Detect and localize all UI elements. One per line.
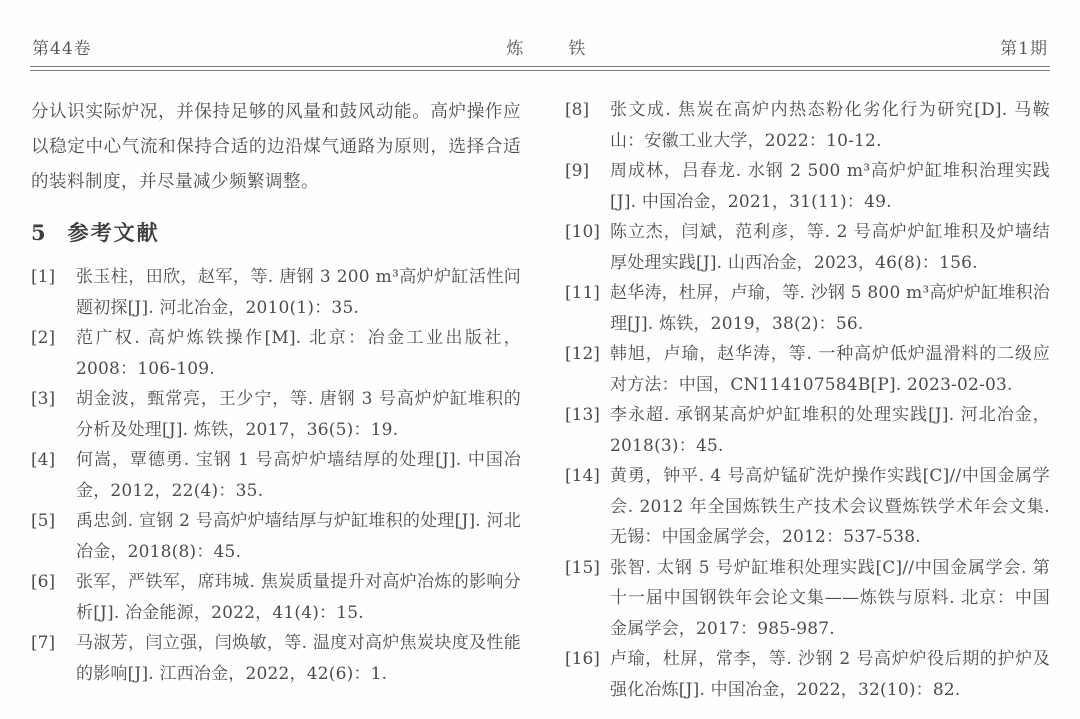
reference-item: [11] 赵华涛，杜屏，卢瑜，等. 沙钢 5 800 m³高炉炉缸堆积治理[J]… (565, 278, 1050, 339)
reference-item: [15] 张智. 太钢 5 号炉缸堆积处理实践[C]//中国金属学会. 第十一届… (565, 553, 1050, 645)
reference-item: [6] 张军，严铁军，席玮城. 焦炭质量提升对高炉冶炼的影响分析[J]. 冶金能… (31, 567, 521, 628)
reference-item: [4] 何嵩，覃德勇. 宝钢 1 号高炉炉墙结厚的处理[J]. 中国冶金，201… (31, 445, 521, 506)
reference-number: [10] (565, 217, 610, 278)
reference-number: [4] (31, 445, 76, 506)
reference-number: [14] (565, 461, 610, 553)
reference-item: [1] 张玉柱，田欣，赵军，等. 唐钢 3 200 m³高炉炉缸活性问题初探[J… (31, 262, 521, 323)
reference-text: 范广权. 高炉炼铁操作[M]. 北京：冶金工业出版社，2008：106-109. (76, 323, 521, 384)
reference-text: 张军，严铁军，席玮城. 焦炭质量提升对高炉冶炼的影响分析[J]. 冶金能源，20… (76, 567, 521, 628)
journal-title: 炼 铁 (492, 34, 599, 59)
reference-text: 卢瑜，杜屏，常李，等. 沙钢 2 号高炉炉役后期的护炉及强化冶炼[J]. 中国冶… (610, 644, 1050, 705)
reference-text: 陈立杰，闫斌，范利彦，等. 2 号高炉炉缸堆积及炉墙结厚处理实践[J]. 山西冶… (610, 217, 1050, 278)
reference-item: [13] 李永超. 承钢某高炉炉缸堆积的处理实践[J]. 河北冶金，2018(3… (565, 400, 1050, 461)
references-list-left: [1] 张玉柱，田欣，赵军，等. 唐钢 3 200 m³高炉炉缸活性问题初探[J… (31, 262, 521, 689)
reference-text: 张文成. 焦炭在高炉内热态粉化劣化行为研究[D]. 马鞍山：安徽工业大学，202… (610, 95, 1050, 156)
reference-item: [2] 范广权. 高炉炼铁操作[M]. 北京：冶金工业出版社，2008：106-… (31, 323, 521, 384)
reference-number: [6] (31, 567, 76, 628)
running-header: 第44卷 炼 铁 第1期 (0, 0, 1080, 59)
references-list-right: [8] 张文成. 焦炭在高炉内热态粉化劣化行为研究[D]. 马鞍山：安徽工业大学… (565, 95, 1050, 705)
reference-number: [1] (31, 262, 76, 323)
volume-label: 第44卷 (32, 34, 92, 59)
reference-text: 赵华涛，杜屏，卢瑜，等. 沙钢 5 800 m³高炉炉缸堆积治理[J]. 炼铁，… (610, 278, 1050, 339)
reference-number: [7] (31, 628, 76, 689)
reference-number: [3] (31, 384, 76, 445)
references-section-heading: 5 参考文献 (31, 217, 521, 247)
reference-text: 马淑芳，闫立强，闫焕敏，等. 温度对高炉焦炭块度及性能的影响[J]. 江西冶金，… (76, 628, 521, 689)
reference-number: [11] (565, 278, 610, 339)
reference-item: [10] 陈立杰，闫斌，范利彦，等. 2 号高炉炉缸堆积及炉墙结厚处理实践[J]… (565, 217, 1050, 278)
reference-text: 何嵩，覃德勇. 宝钢 1 号高炉炉墙结厚的处理[J]. 中国冶金，2012，22… (76, 445, 521, 506)
reference-text: 周成林，吕春龙. 水钢 2 500 m³高炉炉缸堆积治理实践[J]. 中国冶金，… (610, 156, 1050, 217)
reference-item: [3] 胡金波，甄常亮，王少宁，等. 唐钢 3 号高炉炉缸堆积的分析及处理[J]… (31, 384, 521, 445)
reference-text: 李永超. 承钢某高炉炉缸堆积的处理实践[J]. 河北冶金，2018(3)：45. (610, 400, 1050, 461)
reference-item: [5] 禹忠剑. 宣钢 2 号高炉炉墙结厚与炉缸堆积的处理[J]. 河北冶金，2… (31, 506, 521, 567)
reference-number: [13] (565, 400, 610, 461)
reference-text: 禹忠剑. 宣钢 2 号高炉炉墙结厚与炉缸堆积的处理[J]. 河北冶金，2018(… (76, 506, 521, 567)
reference-item: [14] 黄勇，钟平. 4 号高炉锰矿洗炉操作实践[C]//中国金属学会. 20… (565, 461, 1050, 553)
reference-text: 韩旭，卢瑜，赵华涛，等. 一种高炉低炉温滑料的二级应对方法：中国，CN11410… (610, 339, 1050, 400)
reference-number: [12] (565, 339, 610, 400)
conclusion-paragraph: 分认识实际炉况，并保持足够的风量和鼓风动能。高炉操作应以稳定中心气流和保持合适的… (31, 95, 521, 200)
reference-number: [15] (565, 553, 610, 645)
section-number: 5 (31, 220, 46, 245)
journal-page: 第44卷 炼 铁 第1期 分认识实际炉况，并保持足够的风量和鼓风动能。高炉操作应… (0, 0, 1080, 719)
reference-item: [12] 韩旭，卢瑜，赵华涛，等. 一种高炉低炉温滑料的二级应对方法：中国，CN… (565, 339, 1050, 400)
reference-item: [7] 马淑芳，闫立强，闫焕敏，等. 温度对高炉焦炭块度及性能的影响[J]. 江… (31, 628, 521, 689)
reference-number: [9] (565, 156, 610, 217)
reference-text: 张玉柱，田欣，赵军，等. 唐钢 3 200 m³高炉炉缸活性问题初探[J]. 河… (76, 262, 521, 323)
right-column: [8] 张文成. 焦炭在高炉内热态粉化劣化行为研究[D]. 马鞍山：安徽工业大学… (565, 95, 1050, 705)
reference-number: [5] (31, 506, 76, 567)
reference-text: 胡金波，甄常亮，王少宁，等. 唐钢 3 号高炉炉缸堆积的分析及处理[J]. 炼铁… (76, 384, 521, 445)
reference-number: [16] (565, 644, 610, 705)
reference-number: [2] (31, 323, 76, 384)
reference-text: 张智. 太钢 5 号炉缸堆积处理实践[C]//中国金属学会. 第十一届中国钢铁年… (610, 553, 1050, 645)
reference-number: [8] (565, 95, 610, 156)
reference-item: [8] 张文成. 焦炭在高炉内热态粉化劣化行为研究[D]. 马鞍山：安徽工业大学… (565, 95, 1050, 156)
issue-label: 第1期 (1000, 34, 1048, 59)
reference-item: [9] 周成林，吕春龙. 水钢 2 500 m³高炉炉缸堆积治理实践[J]. 中… (565, 156, 1050, 217)
section-title: 参考文献 (68, 217, 160, 247)
reference-text: 黄勇，钟平. 4 号高炉锰矿洗炉操作实践[C]//中国金属学会. 2012 年全… (610, 461, 1050, 553)
page-body: 分认识实际炉况，并保持足够的风量和鼓风动能。高炉操作应以稳定中心气流和保持合适的… (0, 71, 1080, 705)
reference-item: [16] 卢瑜，杜屏，常李，等. 沙钢 2 号高炉炉役后期的护炉及强化冶炼[J]… (565, 644, 1050, 705)
left-column: 分认识实际炉况，并保持足够的风量和鼓风动能。高炉操作应以稳定中心气流和保持合适的… (31, 95, 521, 705)
